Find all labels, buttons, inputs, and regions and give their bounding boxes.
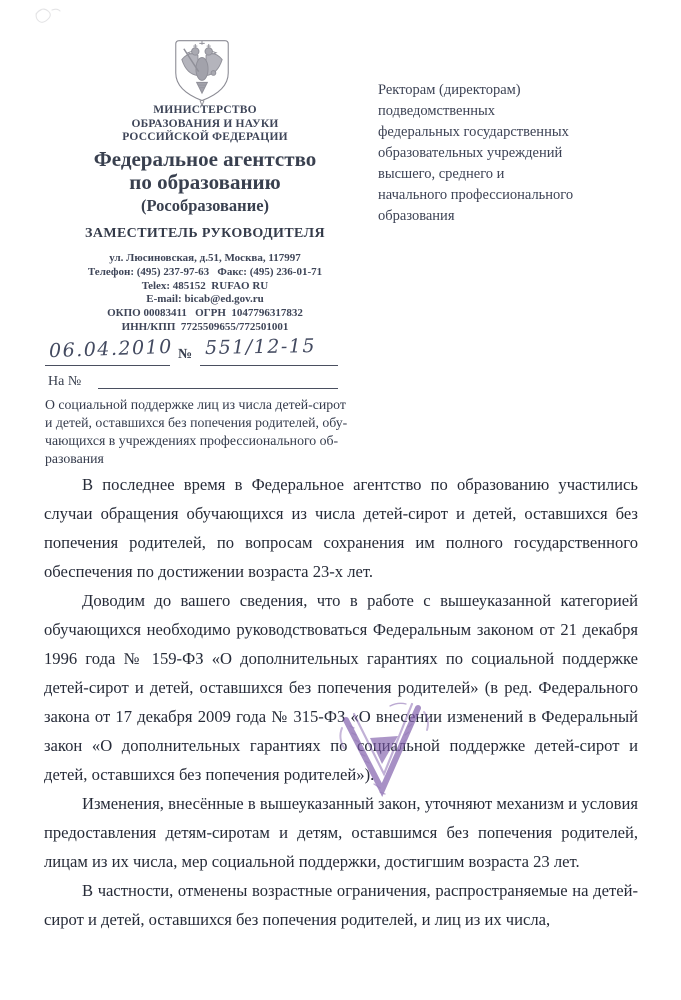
ministry-line: РОССИЙСКОЙ ФЕДЕРАЦИИ — [45, 131, 365, 145]
body-paragraph: Доводим до вашего сведения, что в работе… — [44, 586, 638, 789]
addressee-line: подведомственных — [378, 101, 646, 122]
inn-kpp: ИНН/КПП 7725509655/772501001 — [45, 321, 365, 335]
subject-line: О социальной поддержке лиц из числа дете… — [45, 396, 375, 414]
body-paragraph: В последнее время в Федеральное агентств… — [44, 470, 638, 586]
subject-line: разования — [45, 450, 375, 468]
letter-page: МИНИСТЕРСТВО ОБРАЗОВАНИЯ И НАУКИ РОССИЙС… — [0, 0, 681, 1000]
email: E-mail: bicab@ed.gov.ru — [45, 293, 365, 307]
addressee-line: федеральных государственных — [378, 122, 646, 143]
ministry-line: ОБРАЗОВАНИЯ И НАУКИ — [45, 118, 365, 132]
agency-name-line2: по образованию — [45, 171, 365, 194]
addressee-line: образования — [378, 206, 646, 227]
handwritten-date: 06.04.2010 — [49, 336, 173, 362]
subject-line: и детей, оставшихся без попечения родите… — [45, 414, 375, 432]
agency-short-name: (Рособразование) — [45, 196, 365, 216]
ministry-name: МИНИСТЕРСТВО ОБРАЗОВАНИЯ И НАУКИ РОССИЙС… — [45, 104, 365, 145]
coat-of-arms-icon — [157, 38, 247, 112]
contact-block: ул. Люсиновская, д.51, Москва, 117997 Те… — [45, 252, 365, 335]
telex: Telex: 485152 RUFAO RU — [45, 280, 365, 294]
letter-body: В последнее время в Федеральное агентств… — [44, 470, 638, 934]
reply-reference-line: На № — [45, 374, 345, 392]
signer-position-title: ЗАМЕСТИТЕЛЬ РУКОВОДИТЕЛЯ — [45, 226, 365, 242]
phone-fax: Телефон: (495) 237-97-63 Факс: (495) 236… — [45, 266, 365, 280]
number-underline — [200, 365, 338, 366]
body-paragraph: Изменения, внесённые в вышеуказанный зак… — [44, 789, 638, 876]
addressee-block: Ректорам (директорам) подведомственных ф… — [378, 80, 646, 227]
handwritten-number: 551/12-15 — [205, 335, 316, 359]
postal-address: ул. Люсиновская, д.51, Москва, 117997 — [45, 252, 365, 266]
pencil-scribble — [22, 2, 77, 36]
date-underline — [45, 365, 170, 366]
ministry-line: МИНИСТЕРСТВО — [45, 104, 365, 118]
reply-underline — [98, 388, 338, 389]
number-sign: № — [178, 347, 192, 363]
agency-name: Федеральное агентство по образованию — [45, 148, 365, 194]
addressee-line: высшего, среднего и — [378, 164, 646, 185]
addressee-line: Ректорам (директорам) — [378, 80, 646, 101]
outgoing-reference-line: 06.04.2010 № 551/12-15 — [45, 338, 345, 370]
okpo-ogrn: ОКПО 00083411 ОГРН 1047796317832 — [45, 307, 365, 321]
subject-line: чающихся в учреждениях профессионального… — [45, 432, 375, 450]
subject-block: О социальной поддержке лиц из числа дете… — [45, 396, 375, 468]
reply-to-label: На № — [48, 374, 81, 390]
agency-name-line1: Федеральное агентство — [45, 148, 365, 171]
addressee-line: начального профессионального — [378, 185, 646, 206]
addressee-line: образовательных учреждений — [378, 143, 646, 164]
body-paragraph: В частности, отменены возрастные огранич… — [44, 876, 638, 934]
